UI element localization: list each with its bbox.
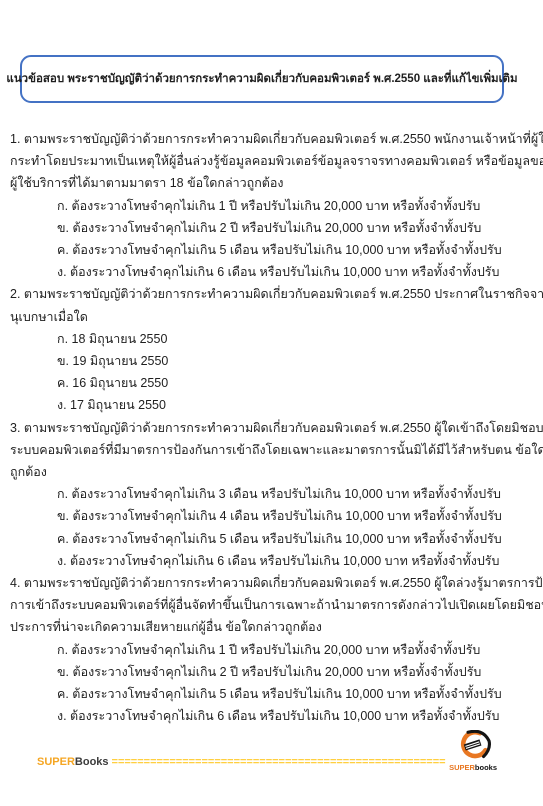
superbooks-wordmark: SUPERBooks	[37, 756, 109, 769]
question-text-line: 3. ตามพระราชบัญญัติว่าด้วยการกระทำความผิ…	[10, 417, 534, 439]
questions-list: 1. ตามพระราชบัญญัติว่าด้วยการกระทำความผิ…	[10, 128, 534, 727]
superbooks-logo-icon	[455, 730, 492, 763]
answer-choice: ก. ต้องระวางโทษจำคุกไม่เกิน 3 เดือน หรือ…	[10, 483, 534, 505]
logo-caption-super: SUPER	[449, 763, 475, 772]
question-block: 3. ตามพระราชบัญญัติว่าด้วยการกระทำความผิ…	[10, 417, 534, 572]
question-text-line: 1. ตามพระราชบัญญัติว่าด้วยการกระทำความผิ…	[10, 128, 534, 150]
logo-caption: SUPERbooks	[449, 763, 497, 772]
answer-choice: ง. ต้องระวางโทษจำคุกไม่เกิน 6 เดือน หรือ…	[10, 705, 534, 727]
answer-choice: ก. ต้องระวางโทษจำคุกไม่เกิน 1 ปี หรือปรั…	[10, 639, 534, 661]
question-text-line: 2. ตามพระราชบัญญัติว่าด้วยการกระทำความผิ…	[10, 283, 534, 305]
question-text-line: ประการที่น่าจะเกิดความเสียหายแก่ผู้อื่น …	[10, 616, 534, 638]
question-text-line: นุเบกษาเมื่อใด	[10, 306, 534, 328]
question-block: 4. ตามพระราชบัญญัติว่าด้วยการกระทำความผิ…	[10, 572, 534, 727]
page-footer: SUPERBooks =============================…	[0, 733, 543, 783]
answer-choice: ก. ต้องระวางโทษจำคุกไม่เกิน 1 ปี หรือปรั…	[10, 195, 534, 217]
question-text-line: ถูกต้อง	[10, 461, 534, 483]
answer-choice: ข. ต้องระวางโทษจำคุกไม่เกิน 4 เดือน หรือ…	[10, 505, 534, 527]
question-text-line: ระบบคอมพิวเตอร์ที่มีมาตรการป้องกันการเข้…	[10, 439, 534, 461]
answer-choice: ค. 16 มิถุนายน 2550	[10, 372, 534, 394]
answer-choice: ค. ต้องระวางโทษจำคุกไม่เกิน 5 เดือน หรือ…	[10, 683, 534, 705]
answer-choice: ง. ต้องระวางโทษจำคุกไม่เกิน 6 เดือน หรือ…	[10, 261, 534, 283]
answer-choice: ข. 19 มิถุนายน 2550	[10, 350, 534, 372]
footer-divider: ========================================…	[112, 756, 447, 769]
answer-choice: ง. 17 มิถุนายน 2550	[10, 394, 534, 416]
logo-caption-books: books	[475, 763, 497, 772]
answer-choice: ง. ต้องระวางโทษจำคุกไม่เกิน 6 เดือน หรือ…	[10, 550, 534, 572]
exam-title-box: แนวข้อสอบ พระราชบัญญัติว่าด้วยการกระทำคว…	[20, 55, 504, 103]
exam-title: แนวข้อสอบ พระราชบัญญัติว่าด้วยการกระทำคว…	[6, 70, 517, 88]
document-page: แนวข้อสอบ พระราชบัญญัติว่าด้วยการกระทำคว…	[0, 0, 543, 806]
superbooks-logo: SUPERbooks	[449, 730, 497, 772]
answer-choice: ค. ต้องระวางโทษจำคุกไม่เกิน 5 เดือน หรือ…	[10, 239, 534, 261]
question-text-line: การเข้าถึงระบบคอมพิวเตอร์ที่ผู้อื่นจัดทำ…	[10, 594, 534, 616]
answer-choice: ก. 18 มิถุนายน 2550	[10, 328, 534, 350]
answer-choice: ข. ต้องระวางโทษจำคุกไม่เกิน 2 ปี หรือปรั…	[10, 217, 534, 239]
question-block: 1. ตามพระราชบัญญัติว่าด้วยการกระทำความผิ…	[10, 128, 534, 283]
question-text-line: ผู้ใช้บริการที่ได้มาตามมาตรา 18 ข้อใดกล่…	[10, 172, 534, 194]
wordmark-books: Books	[75, 756, 109, 768]
answer-choice: ค. ต้องระวางโทษจำคุกไม่เกิน 5 เดือน หรือ…	[10, 528, 534, 550]
question-block: 2. ตามพระราชบัญญัติว่าด้วยการกระทำความผิ…	[10, 283, 534, 416]
answer-choice: ข. ต้องระวางโทษจำคุกไม่เกิน 2 ปี หรือปรั…	[10, 661, 534, 683]
wordmark-super: SUPER	[37, 756, 75, 768]
question-text-line: 4. ตามพระราชบัญญัติว่าด้วยการกระทำความผิ…	[10, 572, 534, 594]
question-text-line: กระทำโดยประมาทเป็นเหตุให้ผู้อื่นล่วงรู้ข…	[10, 150, 534, 172]
